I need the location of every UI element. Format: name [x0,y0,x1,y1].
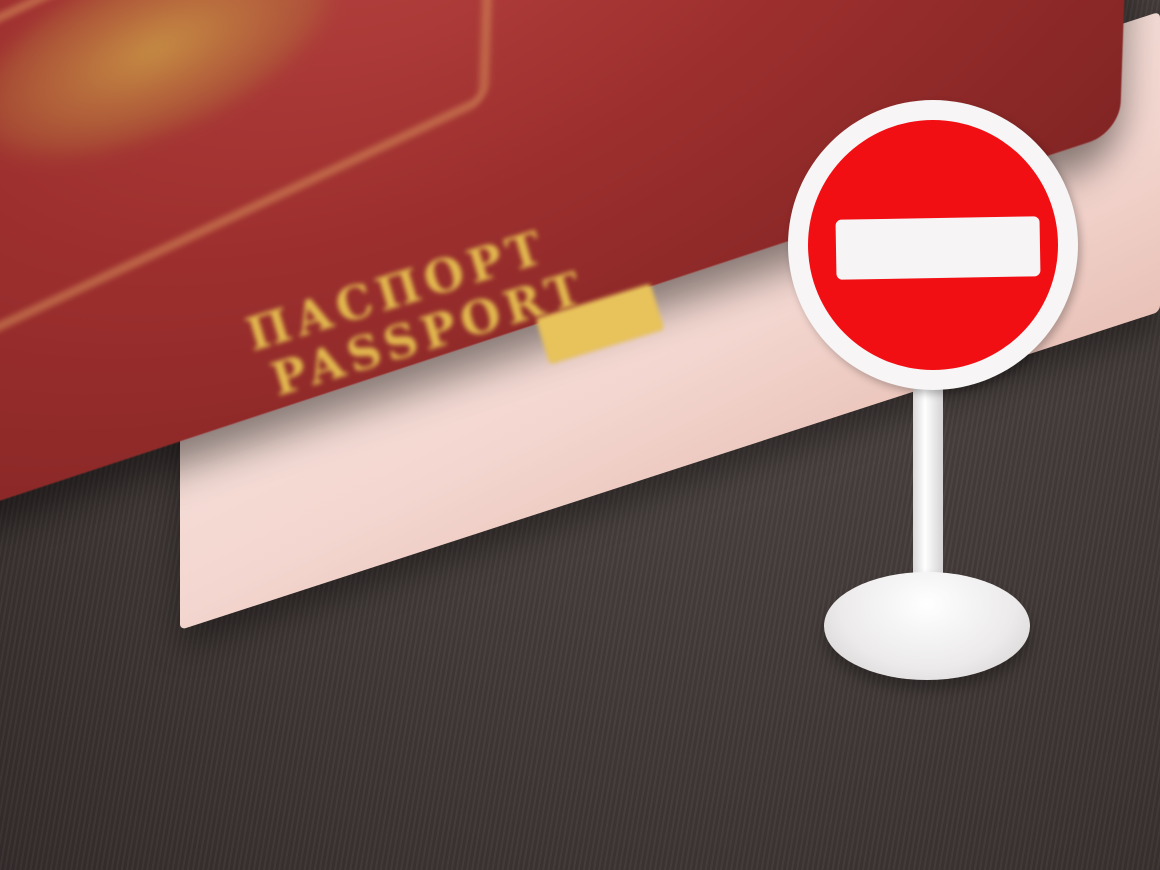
sign-bar [835,216,1040,280]
sign-base [824,572,1030,680]
photo-scene: ПАСПОРТ PASSPORT [0,0,1160,870]
no-entry-sign-icon [788,100,1078,390]
sign-face [808,120,1058,370]
